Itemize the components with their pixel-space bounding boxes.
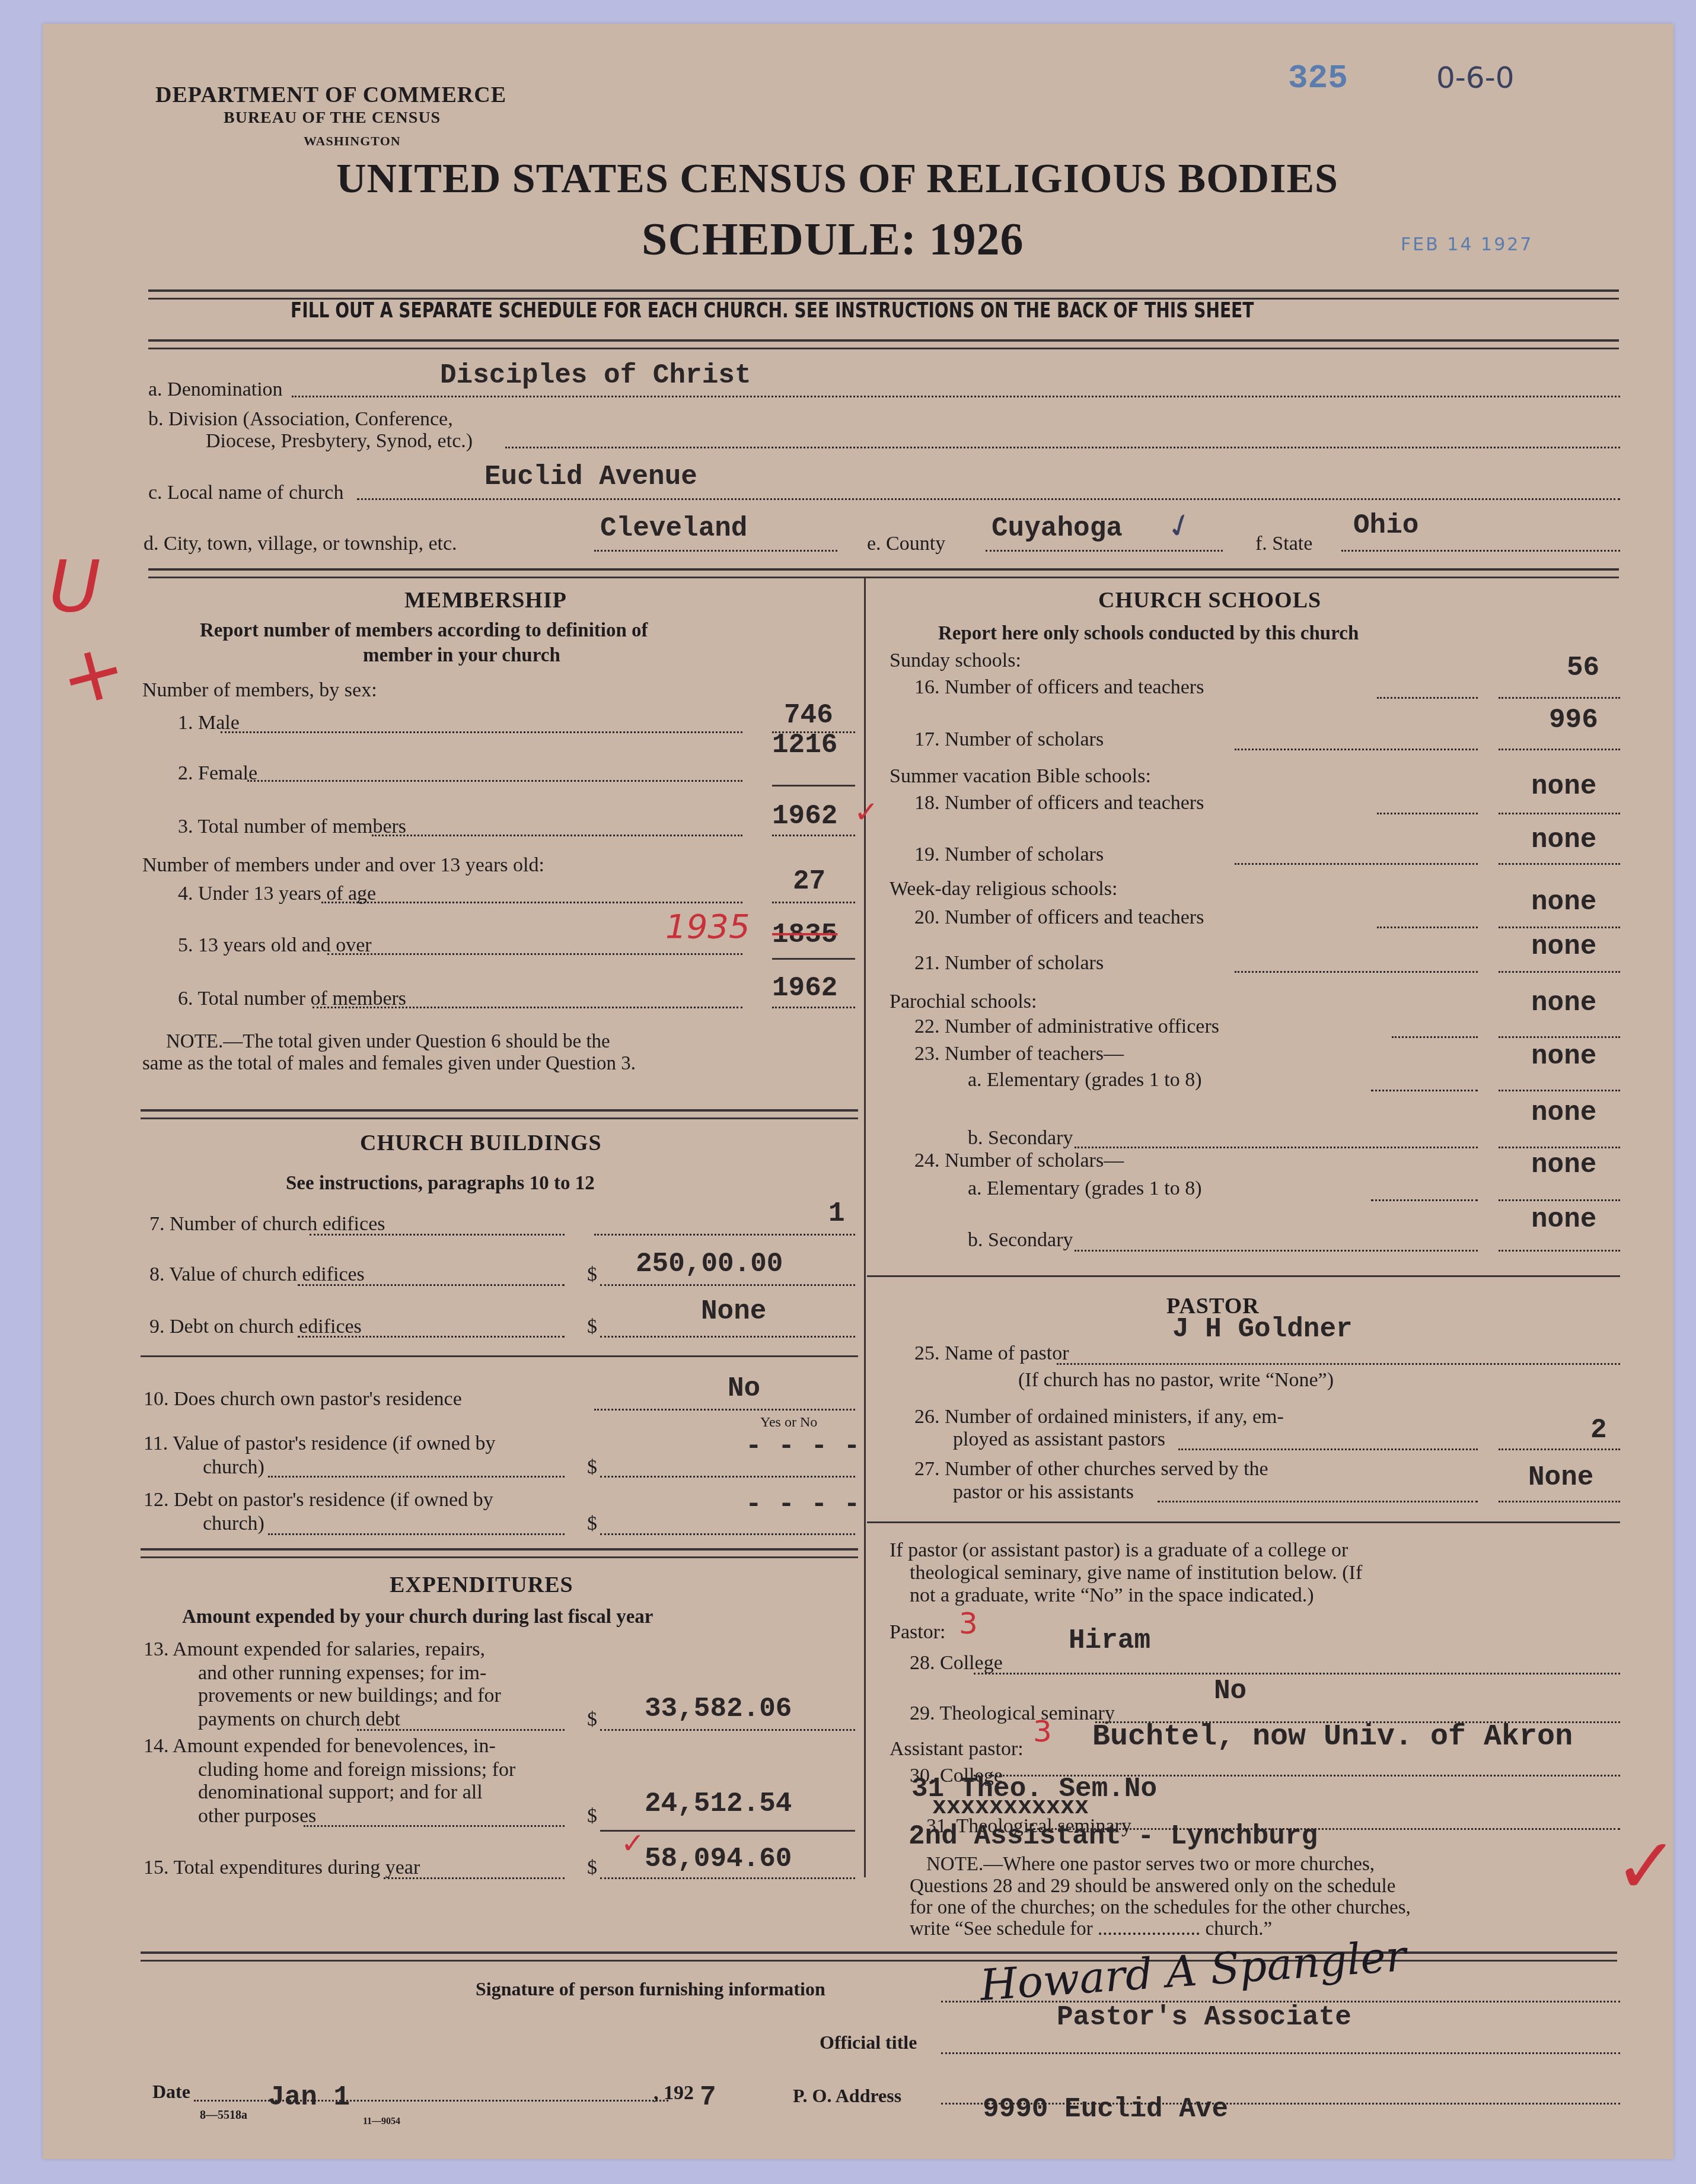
currency-symbol: $ (587, 1513, 597, 1535)
running-expenses-label-4: payments on church debt (198, 1708, 400, 1731)
washington-heading: WASHINGTON (304, 133, 401, 149)
rule (141, 1355, 858, 1357)
fill-line (600, 1533, 855, 1535)
code-mark: 0-6-0 (1436, 61, 1515, 95)
pastor-note: NOTE.—Where one pastor serves two or mor… (926, 1854, 1375, 1876)
division-label-2: Diocese, Presbytery, Synod, etc.) (206, 430, 473, 453)
currency-symbol: $ (587, 1708, 597, 1731)
seminary-label: 29. Theological seminary (910, 1702, 1115, 1725)
rule (141, 1109, 858, 1119)
fill-line (600, 1336, 855, 1338)
red-mark-3: 3 (959, 1606, 978, 1641)
parochial-schools-label: Parochial schools: (890, 991, 1037, 1013)
fill-line (298, 1336, 565, 1338)
fill-line (1499, 1501, 1620, 1502)
fill-line (1235, 749, 1478, 750)
fill-line (505, 447, 1620, 448)
edifices-debt-field[interactable]: None (701, 1296, 766, 1327)
schedule-year: SCHEDULE: 1926 (642, 212, 1024, 266)
q23-label: 23. Number of teachers— (914, 1043, 1124, 1065)
fill-line (1499, 1448, 1620, 1450)
fill-line (600, 1476, 855, 1478)
fill-line (1392, 1036, 1478, 1038)
assistant-college-field[interactable]: Buchtel, now Univ. of Akron (1092, 1720, 1573, 1754)
q18-label: 18. Number of officers and teachers (914, 792, 1204, 814)
fill-line (357, 1729, 565, 1731)
q17-label: 17. Number of scholars (914, 728, 1104, 751)
city-label: d. City, town, village, or township, etc… (144, 533, 457, 555)
sum-line (772, 958, 855, 960)
form-title: UNITED STATES CENSUS OF RELIGIOUS BODIES (336, 155, 1338, 203)
q20-field[interactable]: none (1531, 887, 1596, 918)
benevolences-field[interactable]: 24,512.54 (645, 1788, 792, 1819)
q24a-label: a. Elementary (grades 1 to 8) (968, 1177, 1202, 1200)
q20-label: 20. Number of officers and teachers (914, 906, 1204, 929)
fill-line (1499, 1147, 1620, 1148)
form-number: 8—5518a (200, 2109, 247, 2122)
fill-line (221, 731, 742, 733)
running-expenses-label: 13. Amount expended for salaries, repair… (144, 1638, 485, 1661)
membership-heading: MEMBERSHIP (404, 587, 567, 613)
membership-note-2: same as the total of males and females g… (142, 1053, 636, 1075)
by-age-label: Number of members under and over 13 year… (142, 854, 544, 877)
q23a-label: a. Elementary (grades 1 to 8) (968, 1069, 1202, 1091)
edifices-value-label: 8. Value of church edifices (149, 1263, 365, 1286)
fill-line (268, 1533, 565, 1535)
county-field[interactable]: Cuyahoga (992, 513, 1123, 544)
total-members-2-field[interactable]: 1962 (772, 973, 837, 1004)
fill-line (298, 1284, 565, 1286)
fill-line (772, 835, 855, 836)
pastor-name-field[interactable]: J H Goldner (1172, 1314, 1353, 1345)
graduate-instruction-2: theological seminary, give name of insti… (910, 1562, 1362, 1584)
q22-label: 22. Number of administrative officers (914, 1015, 1219, 1038)
male-count-field[interactable]: 746 (784, 700, 833, 731)
total-members-field[interactable]: 1962 (772, 801, 837, 832)
pastor-note-4: write “See schedule for ................… (910, 1918, 1272, 1940)
benevolences-label-4: other purposes (198, 1805, 316, 1828)
q24b-label: b. Secondary (968, 1229, 1073, 1252)
fill-line (384, 1877, 565, 1879)
currency-symbol: $ (587, 1857, 597, 1879)
fill-line (1499, 697, 1620, 699)
census-form-sheet: DEPARTMENT OF COMMERCE BUREAU OF THE CEN… (43, 24, 1673, 2159)
q21-field[interactable]: none (1531, 931, 1596, 962)
female-count-field[interactable]: 1216 (772, 730, 837, 760)
rule (141, 1548, 858, 1558)
fill-line (594, 1409, 855, 1411)
edifices-value-field[interactable]: 250,00.00 (636, 1249, 783, 1279)
fill-line (1158, 1501, 1478, 1502)
year-prefix: , 192 (653, 2082, 694, 2105)
fill-line (268, 1476, 565, 1478)
q16-label: 16. Number of officers and teachers (914, 676, 1204, 699)
assistant-pastors-label: 26. Number of ordained ministers, if any… (914, 1406, 1284, 1428)
assistant-pastors-field[interactable]: 2 (1590, 1415, 1607, 1446)
owns-residence-label: 10. Does church own pastor's residence (144, 1388, 462, 1411)
red-mark-3: 3 (1033, 1714, 1052, 1749)
graduate-instruction: If pastor (or assistant pastor) is a gra… (890, 1539, 1348, 1562)
state-label: f. State (1255, 533, 1312, 555)
pastor-note-3: for one of the churches; on the schedule… (910, 1897, 1411, 1919)
pastor-seminary-field[interactable]: No (1214, 1676, 1247, 1707)
fill-line (594, 550, 837, 552)
residence-debt-label-2: church) (203, 1513, 264, 1535)
benevolences-label-3: denominational support; and for all (198, 1781, 483, 1804)
pastor-college-field[interactable]: Hiram (1069, 1625, 1150, 1656)
official-title-label: Official title (820, 2032, 917, 2054)
fill-line (772, 902, 855, 903)
currency-symbol: $ (587, 1456, 597, 1479)
fill-line (1341, 550, 1620, 552)
graduate-instruction-3: not a graduate, write “No” in the space … (910, 1584, 1314, 1607)
fill-line (1075, 1147, 1478, 1148)
fill-line (357, 498, 1620, 500)
other-churches-label-2: pastor or his assistants (953, 1481, 1134, 1504)
assistant-pastor-subheading: Assistant pastor: (890, 1738, 1024, 1760)
over-13-correction: 1935 (665, 908, 750, 946)
pastor-subheading: Pastor: (890, 1621, 945, 1644)
total-expenditures-label: 15. Total expenditures during year (144, 1857, 420, 1879)
fill-line (247, 780, 742, 782)
rule (148, 339, 1619, 349)
red-check-icon: ✓ (1614, 1821, 1679, 1911)
fill-line (1235, 863, 1478, 865)
department-heading: DEPARTMENT OF COMMERCE (155, 82, 506, 108)
county-label: e. County (867, 533, 945, 555)
fill-line (1371, 1199, 1478, 1201)
margin-mark-u: U (49, 546, 101, 628)
under-13-field[interactable]: 27 (793, 866, 825, 897)
q23b-field[interactable]: none (1531, 1097, 1596, 1128)
q21-label: 21. Number of scholars (914, 952, 1104, 975)
q22-field[interactable]: none (1531, 988, 1596, 1018)
summer-schools-label: Summer vacation Bible schools: (890, 765, 1151, 788)
q16-field[interactable]: 56 (1567, 652, 1599, 683)
q19-label: 19. Number of scholars (914, 843, 1104, 866)
city-field[interactable]: Cleveland (600, 513, 747, 544)
fill-line (1057, 1363, 1620, 1365)
fill-line (1377, 813, 1478, 814)
currency-symbol: $ (587, 1316, 597, 1338)
red-check-icon: ✓ (854, 795, 879, 829)
sum-line (772, 785, 855, 787)
fill-line (1377, 697, 1478, 699)
owns-residence-field[interactable]: No (728, 1373, 760, 1404)
q23a-field[interactable]: none (1531, 1041, 1596, 1072)
signature-label: Signature of person furnishing informati… (476, 1978, 825, 2000)
print-number: 11—9054 (363, 2116, 400, 2127)
column-divider (864, 578, 866, 1877)
other-churches-label: 27. Number of other churches served by t… (914, 1458, 1268, 1481)
membership-subtitle-2: member in your church (363, 645, 560, 667)
fill-line (600, 1284, 855, 1286)
residence-value-label-2: church) (203, 1456, 264, 1479)
fill-line (986, 550, 1223, 552)
college-label: 28. College (910, 1652, 1003, 1674)
q18-field[interactable]: none (1531, 771, 1596, 802)
local-name-field[interactable]: Euclid Avenue (484, 461, 697, 492)
file-number-stamp: 325 (1288, 59, 1348, 97)
state-field[interactable]: Ohio (1353, 510, 1418, 541)
expenditures-heading: EXPENDITURES (390, 1572, 573, 1598)
rule (867, 1521, 1620, 1523)
instruction-banner: FILL OUT A SEPARATE SCHEDULE FOR EACH CH… (291, 298, 1254, 323)
weekday-schools-label: Week-day religious schools: (890, 878, 1117, 900)
q19-field[interactable]: none (1531, 824, 1596, 855)
rule (867, 1275, 1620, 1277)
fill-line (1235, 971, 1478, 973)
fill-line (1499, 749, 1620, 750)
fill-line (1499, 1199, 1620, 1201)
residence-debt-label: 12. Debt on pastor's residence (if owned… (144, 1489, 493, 1511)
q17-field[interactable]: 996 (1549, 705, 1598, 736)
female-label: 2. Female (178, 762, 257, 785)
fill-line (310, 1234, 565, 1236)
q24b-field[interactable]: none (1531, 1204, 1596, 1235)
bureau-heading: BUREAU OF THE CENSUS (224, 109, 441, 128)
fill-line (304, 1825, 565, 1827)
denomination-label: a. Denomination (148, 378, 283, 401)
other-churches-field[interactable]: None (1528, 1462, 1593, 1493)
running-expenses-label-2: and other running expenses; for im- (198, 1662, 486, 1685)
fill-line (327, 953, 742, 955)
fill-line (1499, 1250, 1620, 1252)
fill-line (1499, 813, 1620, 814)
fill-line (1499, 1036, 1620, 1038)
official-title-field[interactable]: Pastor's Associate (1057, 2002, 1351, 2033)
second-assistant-field[interactable]: 2nd Assistant - Lynchburg (908, 1821, 1318, 1852)
fill-line (1499, 1090, 1620, 1091)
benevolences-label-2: cluding home and foreign missions; for (198, 1759, 515, 1781)
fill-line (1499, 863, 1620, 865)
sunday-schools-label: Sunday schools: (890, 650, 1021, 672)
q24-label: 24. Number of scholars— (914, 1150, 1124, 1172)
signature-field[interactable]: Howard A Spangler (978, 1931, 1408, 2010)
edifices-count-field[interactable]: 1 (828, 1198, 845, 1229)
margin-mark-plus: + (50, 622, 136, 725)
rule (148, 568, 1619, 578)
currency-symbol: $ (587, 1805, 597, 1828)
fill-line (1178, 1448, 1478, 1450)
residence-value-field[interactable]: - - - - (745, 1431, 860, 1462)
residence-debt-field[interactable]: - - - - (745, 1489, 860, 1520)
pastor-name-hint: (If church has no pastor, write “None”) (1018, 1369, 1334, 1392)
fill-line (372, 835, 742, 836)
fill-line (321, 902, 742, 903)
fill-line (1499, 927, 1620, 928)
address-label: P. O. Address (793, 2085, 901, 2107)
year-suffix-field[interactable]: 7 (700, 2082, 716, 2113)
check-mark-icon: ✓ (1161, 504, 1199, 548)
yes-or-no-hint: Yes or No (760, 1415, 817, 1431)
assistant-pastors-label-2: ployed as assistant pastors (953, 1428, 1165, 1451)
fill-line (194, 2100, 668, 2102)
membership-note: NOTE.—The total given under Question 6 s… (166, 1031, 610, 1053)
benevolences-label: 14. Amount expended for benevolences, in… (144, 1735, 496, 1758)
pastor-name-label: 25. Name of pastor (914, 1342, 1069, 1365)
fill-line (600, 1729, 855, 1731)
expenditures-subtitle: Amount expended by your church during la… (182, 1606, 653, 1628)
edifices-debt-label: 9. Debt on church edifices (149, 1316, 362, 1338)
total-expenditures-field[interactable]: 58,094.60 (645, 1844, 792, 1874)
church-schools-heading: CHURCH SCHOOLS (1098, 587, 1321, 613)
residence-value-label: 11. Value of pastor's residence (if owne… (144, 1432, 495, 1455)
fill-line (1499, 971, 1620, 973)
church-buildings-heading: CHURCH BUILDINGS (360, 1130, 602, 1156)
date-label: Date (152, 2081, 190, 2103)
fill-line (1075, 1250, 1478, 1252)
division-label: b. Division (Association, Conference, (148, 408, 453, 431)
currency-symbol: $ (587, 1263, 597, 1286)
fill-line (1377, 927, 1478, 928)
church-buildings-subtitle: See instructions, paragraphs 10 to 12 (286, 1173, 595, 1195)
running-expenses-field[interactable]: 33,582.06 (645, 1693, 792, 1724)
by-sex-label: Number of members, by sex: (142, 679, 377, 702)
q23b-label: b. Secondary (968, 1127, 1073, 1150)
membership-subtitle: Report number of members according to de… (200, 620, 648, 642)
denomination-field[interactable]: Disciples of Christ (440, 360, 751, 391)
fill-line (1371, 1090, 1478, 1091)
fill-line (313, 1007, 742, 1008)
over-13-field[interactable]: 1835 (772, 919, 837, 950)
edifices-count-label: 7. Number of church edifices (149, 1213, 385, 1236)
fill-line (772, 1007, 855, 1008)
fill-line (600, 1877, 855, 1879)
fill-line (941, 2052, 1620, 2054)
running-expenses-label-3: provements or new buildings; and for (198, 1685, 501, 1707)
fill-line (292, 396, 1620, 397)
pastor-note-2: Questions 28 and 29 should be answered o… (910, 1876, 1395, 1898)
church-schools-subtitle: Report here only schools conducted by th… (938, 623, 1359, 645)
received-date-stamp: FEB 14 1927 (1401, 234, 1533, 255)
address-field[interactable]: 9990 Euclid Ave (983, 2094, 1228, 2125)
q24a-field[interactable]: none (1531, 1150, 1596, 1180)
date-field[interactable]: Jan 1 (268, 2082, 350, 2113)
fill-line (974, 1673, 1620, 1674)
fill-line (594, 1234, 855, 1236)
local-name-label: c. Local name of church (148, 482, 343, 504)
red-check-icon: ✓ (621, 1827, 645, 1860)
